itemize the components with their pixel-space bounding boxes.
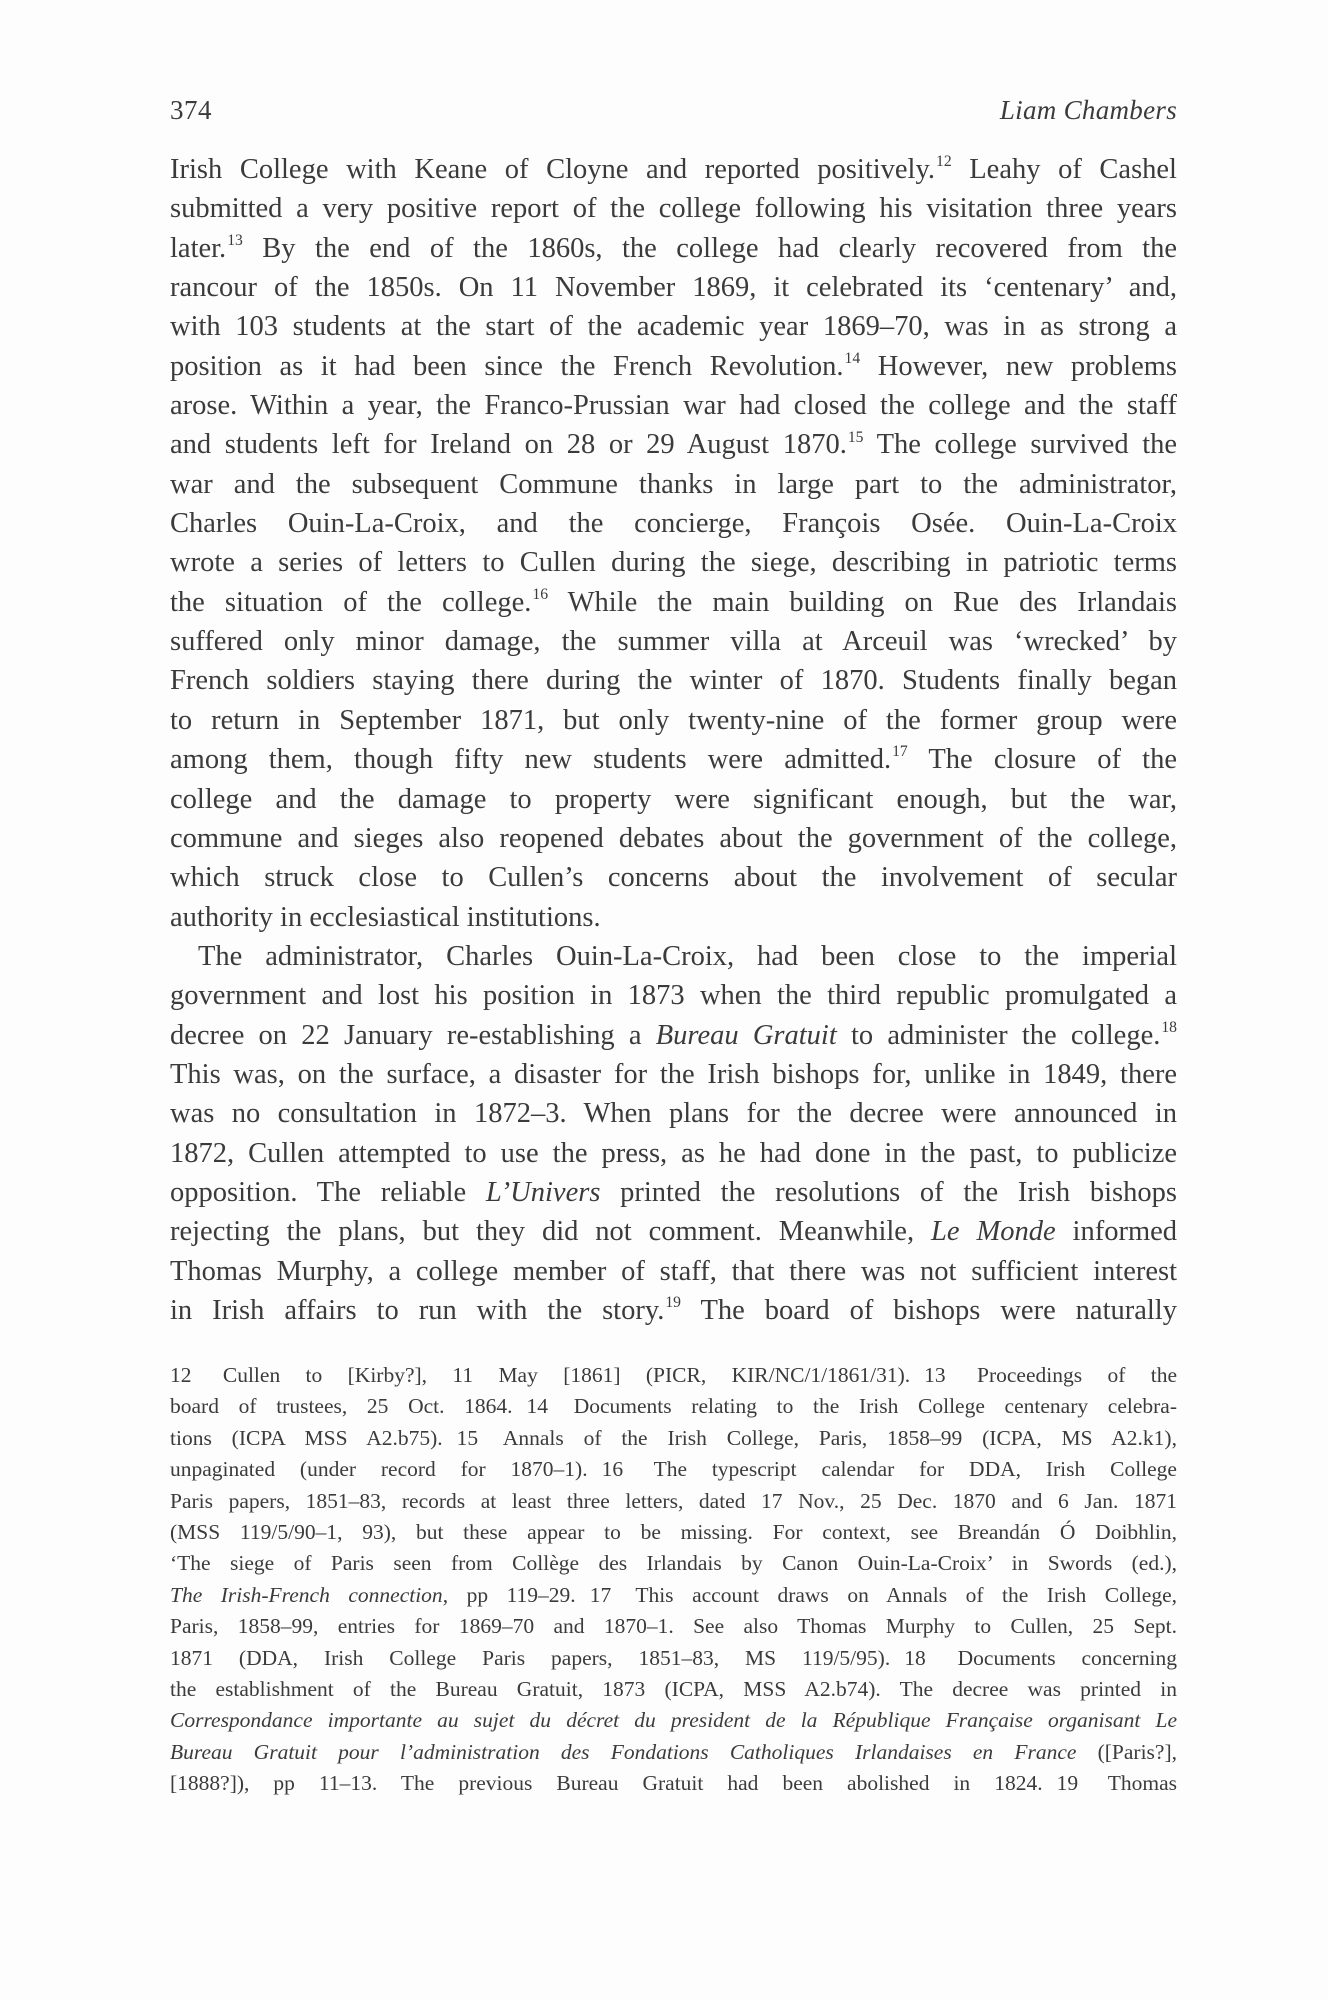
italic-title: The Irish-French connection bbox=[170, 1583, 443, 1607]
body-line: college and the damage to property were … bbox=[170, 780, 1177, 819]
body-line: rejecting the plans, but they did not co… bbox=[170, 1212, 1177, 1251]
text-run: submitted a very positive report of the … bbox=[170, 193, 1177, 224]
text-run: ‘The siege of Paris seen from Collège de… bbox=[170, 1551, 1177, 1575]
footnote-number: 12 bbox=[170, 1363, 192, 1387]
text-run: 1872, Cullen attempted to use the press,… bbox=[170, 1138, 1177, 1169]
body-line: which struck close to Cullen’s concerns … bbox=[170, 858, 1177, 897]
body-line: to return in September 1871, but only tw… bbox=[170, 701, 1177, 740]
text-run: Charles Ouin-La-Croix, and the concierge… bbox=[170, 508, 1177, 539]
text-run: By the end of the 1860s, the college had… bbox=[243, 233, 1177, 264]
text-run: The closure of the bbox=[908, 744, 1177, 775]
footnote-line: 1871 (DDA, Irish College Paris papers, 1… bbox=[170, 1643, 1177, 1674]
footnote-line: The Irish-French connection, pp 119–29. … bbox=[170, 1580, 1177, 1611]
footnote-reference: 12 bbox=[936, 153, 952, 170]
text-run: in Irish affairs to run with the story. bbox=[170, 1295, 664, 1326]
body-text: Irish College with Keane of Cloyne and r… bbox=[170, 150, 1177, 1330]
text-run: [1888?]), pp 11–13. The previous Bureau … bbox=[170, 1771, 1043, 1795]
text-run: Paris papers, 1851–83, records at least … bbox=[170, 1489, 1177, 1513]
footnote-line: Correspondance importante au sujet du dé… bbox=[170, 1705, 1177, 1736]
footnote-reference: 16 bbox=[532, 586, 548, 603]
footnote-line: Paris papers, 1851–83, records at least … bbox=[170, 1486, 1177, 1517]
text-run: war and the subsequent Commune thanks in… bbox=[170, 469, 1177, 500]
text-run: printed the resolutions of the Irish bis… bbox=[600, 1177, 1177, 1208]
text-run: The college survived the bbox=[863, 429, 1177, 460]
footnote-number: 14 bbox=[527, 1394, 549, 1418]
footnotes: 12 Cullen to [Kirby?], 11 May [1861] (PI… bbox=[170, 1360, 1177, 1799]
body-line: This was, on the surface, a disaster for… bbox=[170, 1055, 1177, 1094]
text-run: to return in September 1871, but only tw… bbox=[170, 705, 1177, 736]
text-run: government and lost his position in 1873… bbox=[170, 980, 1177, 1011]
text-run: among them, though fifty new students we… bbox=[170, 744, 891, 775]
footnote-line: [1888?]), pp 11–13. The previous Bureau … bbox=[170, 1768, 1177, 1799]
body-line: Thomas Murphy, a college member of staff… bbox=[170, 1252, 1177, 1291]
text-run: with 103 students at the start of the ac… bbox=[170, 311, 1177, 342]
text-run: later. bbox=[170, 233, 226, 264]
footnote-reference: 19 bbox=[665, 1294, 681, 1311]
text-run: Paris, 1858–99, entries for 1869–70 and … bbox=[170, 1614, 1177, 1638]
running-head-author: Liam Chambers bbox=[1000, 92, 1177, 128]
text-run: Thomas Murphy, a college member of staff… bbox=[170, 1256, 1177, 1287]
text-run: Documents relating to the Irish College … bbox=[574, 1394, 1177, 1418]
text-run: Irish College with Keane of Cloyne and r… bbox=[170, 154, 935, 185]
text-run: decree on 22 January re-establishing a bbox=[170, 1020, 656, 1051]
text-run: rejecting the plans, but they did not co… bbox=[170, 1216, 931, 1247]
body-line: and students left for Ireland on 28 or 2… bbox=[170, 425, 1177, 464]
running-head: 374 Liam Chambers bbox=[170, 92, 1177, 128]
text-run: This account draws on Annals of the Iris… bbox=[635, 1583, 1177, 1607]
text-run: to administer the college. bbox=[837, 1020, 1161, 1051]
body-line: in Irish affairs to run with the story.1… bbox=[170, 1291, 1177, 1330]
text-run: (MSS 119/5/90–1, 93), but these appear t… bbox=[170, 1520, 1177, 1544]
body-line: The administrator, Charles Ouin-La-Croix… bbox=[170, 937, 1177, 976]
body-line: with 103 students at the start of the ac… bbox=[170, 307, 1177, 346]
text-run: and students left for Ireland on 28 or 2… bbox=[170, 429, 847, 460]
footnote-line: the establishment of the Bureau Gratuit,… bbox=[170, 1674, 1177, 1705]
footnote-reference: 18 bbox=[1161, 1019, 1177, 1036]
footnote-line: Paris, 1858–99, entries for 1869–70 and … bbox=[170, 1611, 1177, 1642]
body-line: French soldiers staying there during the… bbox=[170, 661, 1177, 700]
footnote-number: 17 bbox=[590, 1583, 612, 1607]
body-line: 1872, Cullen attempted to use the press,… bbox=[170, 1134, 1177, 1173]
footnote-line: ‘The siege of Paris seen from Collège de… bbox=[170, 1548, 1177, 1579]
italic-title: L’Univers bbox=[486, 1177, 601, 1208]
footnote-line: 12 Cullen to [Kirby?], 11 May [1861] (PI… bbox=[170, 1360, 1177, 1391]
text-run: rancour of the 1850s. On 11 November 186… bbox=[170, 272, 1177, 303]
text-run: This was, on the surface, a disaster for… bbox=[170, 1059, 1177, 1090]
text-run: 1871 (DDA, Irish College Paris papers, 1… bbox=[170, 1646, 890, 1670]
footnote-number: 18 bbox=[904, 1646, 926, 1670]
page-number: 374 bbox=[170, 92, 212, 128]
body-line: the situation of the college.16 While th… bbox=[170, 583, 1177, 622]
text-run: Annals of the Irish College, Paris, 1858… bbox=[503, 1426, 1177, 1450]
italic-title: Le Monde bbox=[931, 1216, 1056, 1247]
italic-title: Bureau Gratuit pour l’administration des… bbox=[170, 1740, 1076, 1764]
body-line: rancour of the 1850s. On 11 November 186… bbox=[170, 268, 1177, 307]
text-run: which struck close to Cullen’s concerns … bbox=[170, 862, 1177, 893]
text-run: The administrator, Charles Ouin-La-Croix… bbox=[198, 941, 1177, 972]
text-run: authority in ecclesiastical institutions… bbox=[170, 902, 601, 933]
footnote-line: tions (ICPA MSS A2.b75). 15 Annals of th… bbox=[170, 1423, 1177, 1454]
body-line: later.13 By the end of the 1860s, the co… bbox=[170, 229, 1177, 268]
text-run: The typescript calendar for DDA, Irish C… bbox=[654, 1457, 1177, 1481]
body-line: arose. Within a year, the Franco-Prussia… bbox=[170, 386, 1177, 425]
text-run: arose. Within a year, the Franco-Prussia… bbox=[170, 390, 1177, 421]
footnote-number: 15 bbox=[457, 1426, 479, 1450]
text-run: Proceedings of the bbox=[977, 1363, 1177, 1387]
text-run: Leahy of Cashel bbox=[952, 154, 1177, 185]
body-line: Charles Ouin-La-Croix, and the concierge… bbox=[170, 504, 1177, 543]
footnote-line: Bureau Gratuit pour l’administration des… bbox=[170, 1737, 1177, 1768]
body-line: among them, though fifty new students we… bbox=[170, 740, 1177, 779]
body-line: opposition. The reliable L’Univers print… bbox=[170, 1173, 1177, 1212]
text-run: Cullen to [Kirby?], 11 May [1861] (PICR,… bbox=[223, 1363, 910, 1387]
italic-title: Bureau Gratuit bbox=[656, 1020, 837, 1051]
text-run: tions (ICPA MSS A2.b75). bbox=[170, 1426, 443, 1450]
text-run: However, new problems bbox=[860, 351, 1177, 382]
footnote-reference: 15 bbox=[848, 429, 864, 446]
footnote-line: board of trustees, 25 Oct. 1864. 14 Docu… bbox=[170, 1391, 1177, 1422]
body-line: suffered only minor damage, the summer v… bbox=[170, 622, 1177, 661]
body-line: decree on 22 January re-establishing a B… bbox=[170, 1016, 1177, 1055]
footnote-reference: 17 bbox=[892, 743, 908, 760]
body-line: submitted a very positive report of the … bbox=[170, 189, 1177, 228]
body-line: position as it had been since the French… bbox=[170, 347, 1177, 386]
book-page: 374 Liam Chambers Irish College with Kea… bbox=[0, 0, 1328, 2000]
text-run: position as it had been since the French… bbox=[170, 351, 844, 382]
italic-title: Correspondance importante au sujet du dé… bbox=[170, 1708, 1177, 1732]
body-line: was no consultation in 1872–3. When plan… bbox=[170, 1094, 1177, 1133]
footnote-number: 19 bbox=[1057, 1771, 1079, 1795]
footnote-reference: 13 bbox=[227, 232, 243, 249]
footnote-line: (MSS 119/5/90–1, 93), but these appear t… bbox=[170, 1517, 1177, 1548]
text-run: While the main building on Rue des Irlan… bbox=[548, 587, 1177, 618]
text-run: suffered only minor damage, the summer v… bbox=[170, 626, 1177, 657]
text-run: Thomas bbox=[1108, 1771, 1177, 1795]
text-run: college and the damage to property were … bbox=[170, 784, 1177, 815]
body-line: war and the subsequent Commune thanks in… bbox=[170, 465, 1177, 504]
text-run: ([Paris?], bbox=[1076, 1740, 1177, 1764]
body-line: Irish College with Keane of Cloyne and r… bbox=[170, 150, 1177, 189]
text-run: was no consultation in 1872–3. When plan… bbox=[170, 1098, 1177, 1129]
body-line: authority in ecclesiastical institutions… bbox=[170, 898, 1177, 937]
footnote-number: 13 bbox=[924, 1363, 946, 1387]
text-run: the situation of the college. bbox=[170, 587, 531, 618]
text-run: unpaginated (under record for 1870–1). bbox=[170, 1457, 588, 1481]
text-run: The board of bishops were naturally bbox=[681, 1295, 1177, 1326]
text-run: opposition. The reliable bbox=[170, 1177, 486, 1208]
footnote-number: 16 bbox=[602, 1457, 624, 1481]
text-run: , pp 119–29. bbox=[443, 1583, 576, 1607]
text-run: board of trustees, 25 Oct. 1864. bbox=[170, 1394, 513, 1418]
body-line: wrote a series of letters to Cullen duri… bbox=[170, 543, 1177, 582]
body-line: commune and sieges also reopened debates… bbox=[170, 819, 1177, 858]
body-line: government and lost his position in 1873… bbox=[170, 976, 1177, 1015]
text-run: commune and sieges also reopened debates… bbox=[170, 823, 1177, 854]
text-run: French soldiers staying there during the… bbox=[170, 665, 1177, 696]
footnote-reference: 14 bbox=[845, 350, 861, 367]
text-run: informed bbox=[1056, 1216, 1177, 1247]
footnote-line: unpaginated (under record for 1870–1). 1… bbox=[170, 1454, 1177, 1485]
text-run: the establishment of the Bureau Gratuit,… bbox=[170, 1677, 1177, 1701]
text-run: Documents concerning bbox=[958, 1646, 1177, 1670]
text-run: wrote a series of letters to Cullen duri… bbox=[170, 547, 1177, 578]
